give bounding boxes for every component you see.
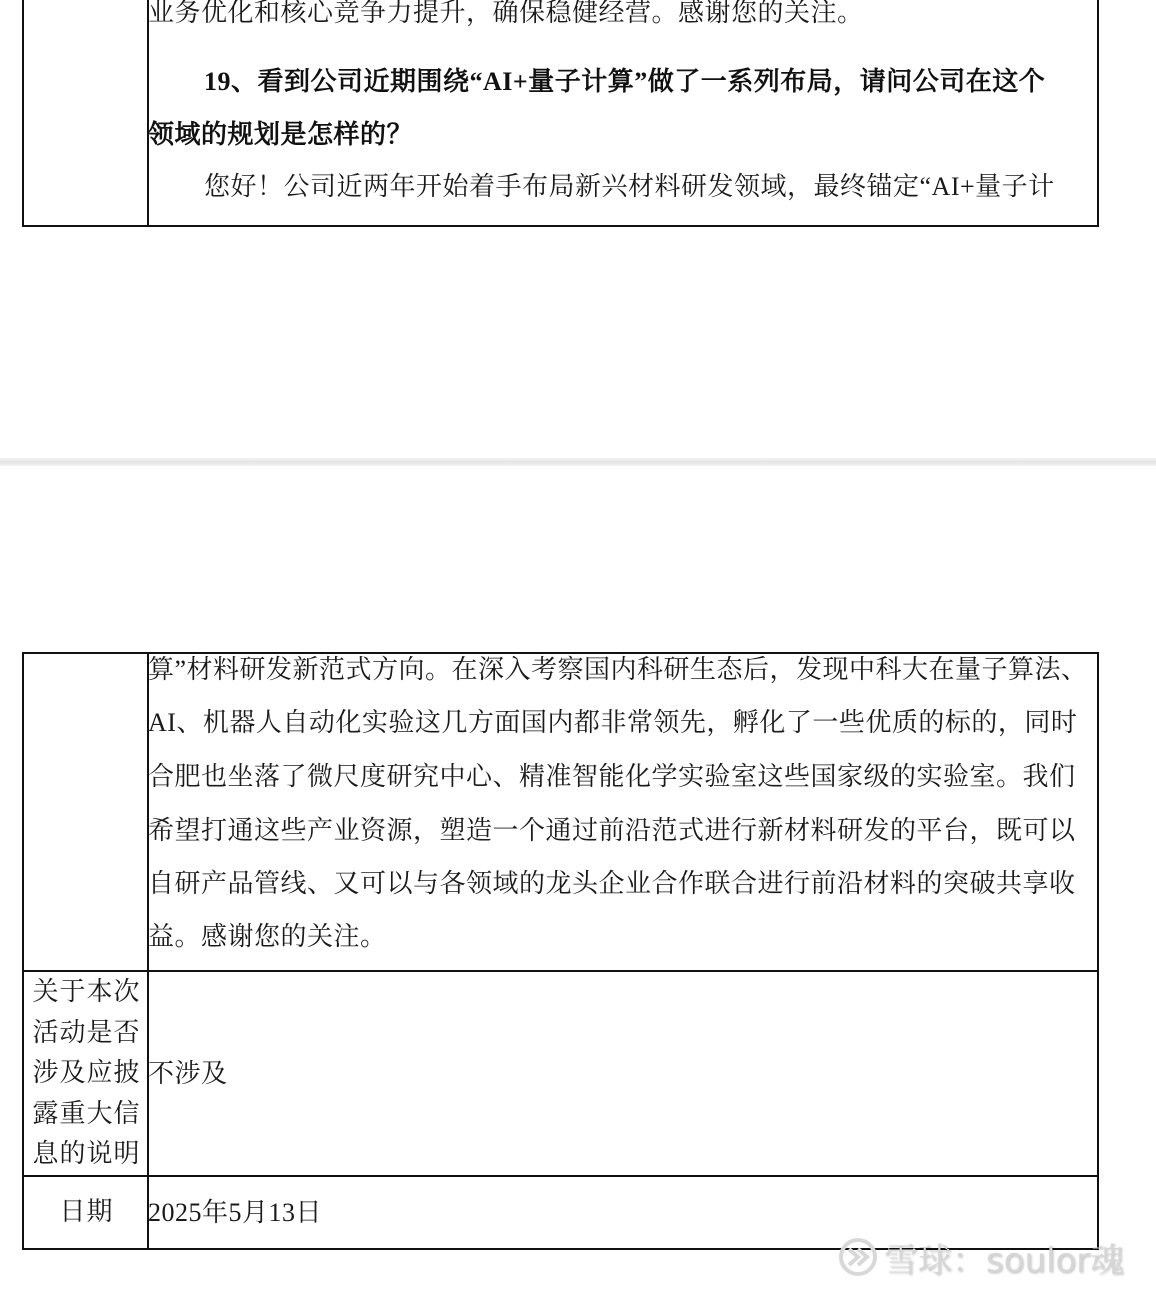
row-divider <box>24 970 1097 972</box>
label-line: 涉及应披 <box>26 1053 147 1094</box>
question-19-line-1: 19、看到公司近期围绕“AI+量子计算”做了一系列布局，请问公司在这个 <box>204 67 1045 97</box>
answer-line: 自研产品管线、又可以与各领域的龙头企业合作联合进行前沿材料的突破共享收 <box>148 869 1076 899</box>
document-page-bottom: 算”材料研发新范式方向。在深入考察国内科研生态后，发现中科大在量子算法、 AI、… <box>0 466 1156 1296</box>
xueqiu-logo-icon <box>838 1237 878 1277</box>
date-value: 2025年5月13日 <box>148 1198 322 1228</box>
question-19-line-2: 领域的规划是怎样的？ <box>148 120 413 150</box>
answer-18-last-line: 业务优化和核心竞争力提升，确保稳健经营。感谢您的关注。 <box>148 0 864 28</box>
label-line: 关于本次 <box>26 972 147 1013</box>
qa-table: 算”材料研发新范式方向。在深入考察国内科研生态后，发现中科大在量子算法、 AI、… <box>22 652 1099 1250</box>
answer-19-line-1: 您好！公司近两年开始着手布局新兴材料研发领域，最终锚定“AI+量子计 <box>204 172 1055 202</box>
watermark: 雪球：soulor魂 <box>838 1235 1124 1279</box>
answer-line: 合肥也坐落了微尺度研究中心、精准智能化学实验室这些国家级的实验室。我们 <box>148 762 1076 792</box>
answer-line: AI、机器人自动化实验这几方面国内都非常领先，孵化了一些优质的标的，同时 <box>148 708 1077 738</box>
column-divider <box>147 0 149 225</box>
watermark-text: 雪球：soulor魂 <box>884 1233 1124 1282</box>
row-divider <box>24 1175 1097 1177</box>
label-line: 息的说明 <box>26 1134 147 1175</box>
page-separator <box>0 458 1156 466</box>
answer-line: 益。感谢您的关注。 <box>148 922 387 952</box>
disclosure-label: 关于本次 活动是否 涉及应披 露重大信 息的说明 <box>26 972 147 1175</box>
document-page-top: 业务优化和核心竞争力提升，确保稳健经营。感谢您的关注。 19、看到公司近期围绕“… <box>0 0 1156 458</box>
label-line: 露重大信 <box>26 1094 147 1135</box>
disclosure-value: 不涉及 <box>148 1059 228 1089</box>
answer-line: 希望打通这些产业资源，塑造一个通过前沿范式进行新材料研发的平台，既可以 <box>148 816 1076 846</box>
label-line: 活动是否 <box>26 1013 147 1054</box>
qa-table-continued: 业务优化和核心竞争力提升，确保稳健经营。感谢您的关注。 19、看到公司近期围绕“… <box>22 0 1099 227</box>
date-label: 日期 <box>26 1192 147 1233</box>
answer-line: 算”材料研发新范式方向。在深入考察国内科研生态后，发现中科大在量子算法、 <box>148 655 1088 685</box>
